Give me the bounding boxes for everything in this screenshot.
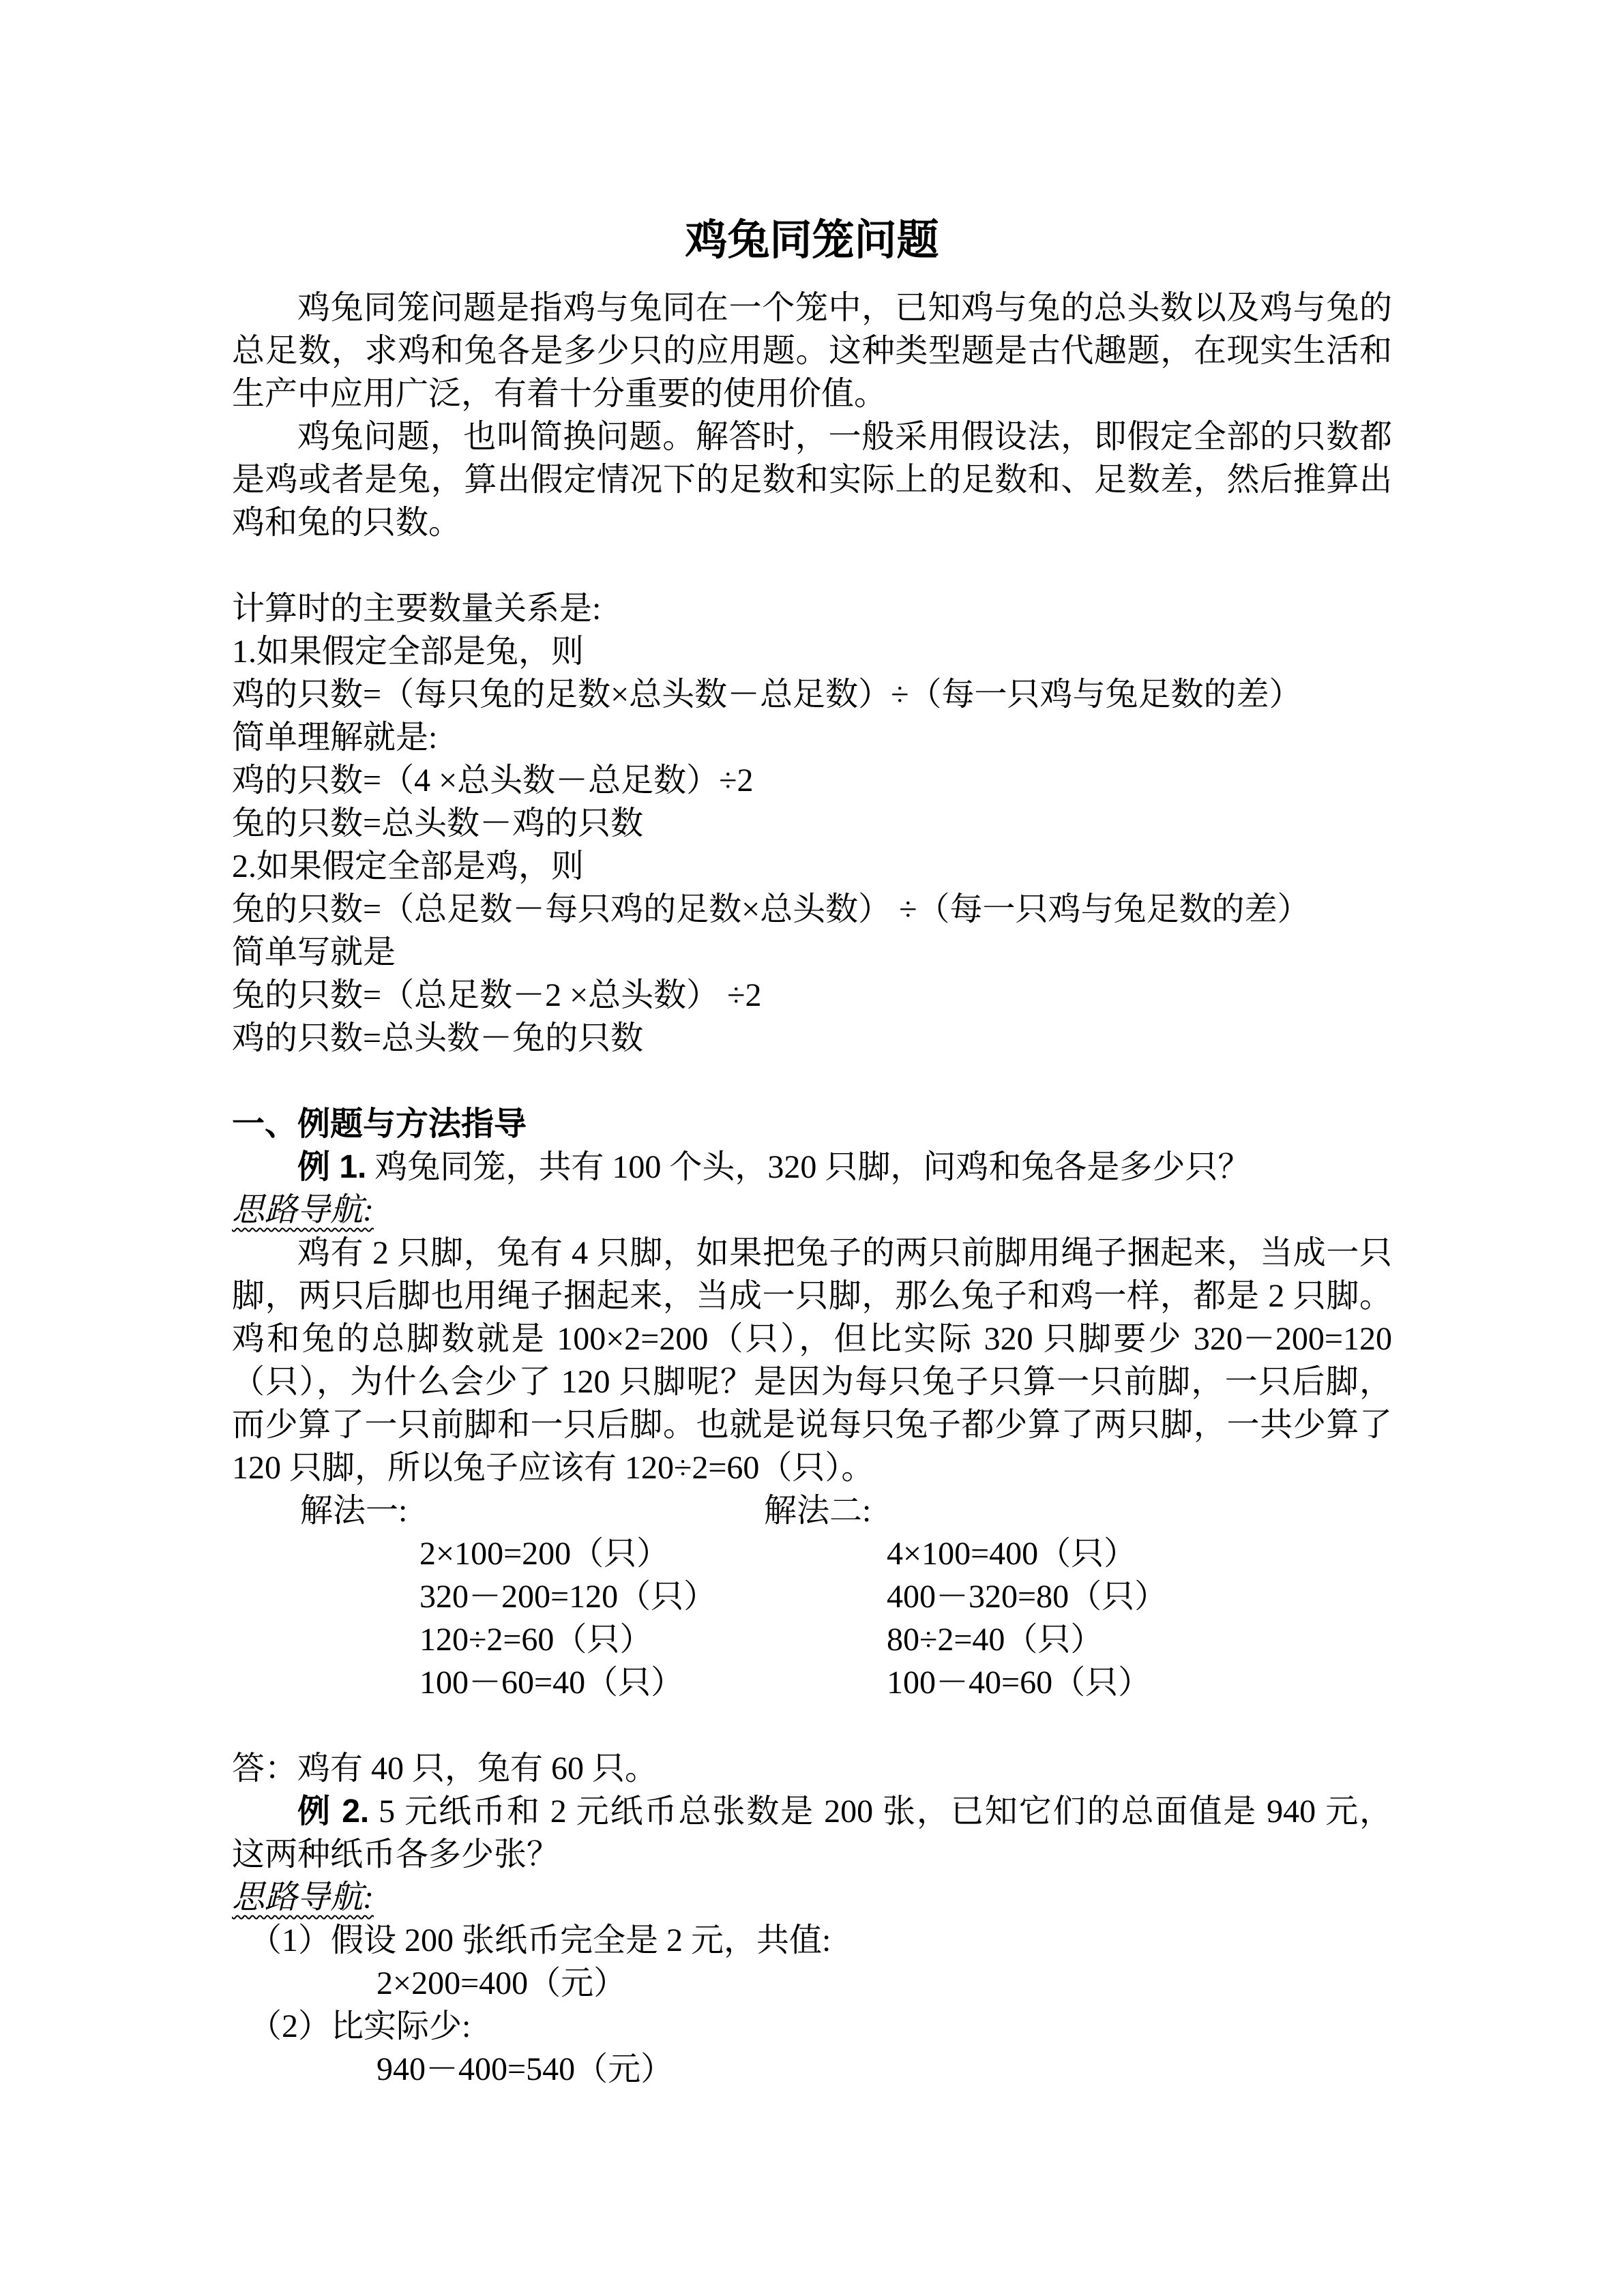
text-line: 鸡的只数=（每只兔的足数×总头数－总足数）÷（每一只鸡与兔足数的差）: [232, 673, 1392, 716]
solution-col2: 100－40=60（只）: [887, 1661, 1151, 1704]
text-line: 鸡的只数=总头数－兔的只数: [232, 1017, 1392, 1060]
text-line: 鸡有 2 只脚，兔有 4 只脚，如果把兔子的两只前脚用绳子捆起来，当成一只: [232, 1232, 1392, 1274]
solution-row: 2×100=200（只）4×100=400（只）: [232, 1532, 1392, 1575]
nav-label: 思路导航:: [232, 1876, 374, 1919]
blank-line: [232, 544, 1392, 587]
text-line: 兔的只数=（总足数－每只鸡的足数×总头数） ÷（每一只鸡与兔足数的差）: [232, 888, 1392, 931]
text-line: 940－400=540（元）: [232, 2048, 1392, 2091]
solution-col2: 解法二:: [764, 1489, 871, 1532]
solution-row: 120÷2=60（只）80÷2=40（只）: [232, 1618, 1392, 1661]
solution-col2: 400－320=80（只）: [887, 1575, 1167, 1618]
text-line: 鸡兔同笼问题是指鸡与兔同在一个笼中，已知鸡与兔的总头数以及鸡与兔的: [232, 286, 1392, 329]
solution-col1: 320－200=120（只）: [419, 1575, 716, 1618]
text-line: （2）比实际少:: [232, 2005, 1392, 2048]
solution-row: 100－60=40（只）100－40=60（只）: [232, 1661, 1392, 1704]
solution-col2: 4×100=400（只）: [887, 1532, 1136, 1575]
page-title: 鸡兔同笼问题: [232, 217, 1392, 265]
text-line: 这两种纸币各多少张？: [232, 1833, 1392, 1876]
document-page: 鸡兔同笼问题 鸡兔同笼问题是指鸡与兔同在一个笼中，已知鸡与兔的总头数以及鸡与兔的…: [0, 0, 1624, 2296]
text-line: 生产中应用广泛，有着十分重要的使用价值。: [232, 372, 1392, 415]
text-line: 计算时的主要数量关系是:: [232, 587, 1392, 630]
text-line: 兔的只数=（总足数－2 ×总头数） ÷2: [232, 974, 1392, 1017]
text-line: 兔的只数=总头数－鸡的只数: [232, 802, 1392, 845]
example-label: 例 1.: [297, 1149, 366, 1185]
text-line: 2.如果假定全部是鸡，则: [232, 845, 1392, 888]
text-line: 例 1. 鸡兔同笼，共有 100 个头，320 只脚，问鸡和兔各是多少只？: [232, 1146, 1392, 1189]
text-line: 总足数，求鸡和兔各是多少只的应用题。这种类型题是古代趣题，在现实生活和: [232, 329, 1392, 372]
solution-row: 解法一:解法二:: [232, 1489, 1392, 1532]
text-line: 鸡和兔的只数。: [232, 501, 1392, 544]
solution-col1: 120÷2=60（只）: [419, 1618, 652, 1661]
text-line: （只），为什么会少了 120 只脚呢？是因为每只兔子只算一只前脚，一只后脚，: [232, 1360, 1392, 1403]
text-line: 2×200=400（元）: [232, 1962, 1392, 2005]
text-line: 答：鸡有 40 只，兔有 60 只。: [232, 1747, 1392, 1790]
text-line: 而少算了一只前脚和一只后脚。也就是说每只兔子都少算了两只脚，一共少算了: [232, 1403, 1392, 1446]
example-label: 例 2.: [297, 1793, 369, 1830]
text-line: 鸡的只数=（4 ×总头数－总足数）÷2: [232, 759, 1392, 802]
solution-col1: 100－60=40（只）: [419, 1661, 683, 1704]
text-line: 鸡兔问题，也叫简换问题。解答时，一般采用假设法，即假定全部的只数都: [232, 415, 1392, 458]
text-line: 是鸡或者是兔，算出假定情况下的足数和实际上的足数和、足数差，然后推算出: [232, 458, 1392, 501]
nav-label: 思路导航:: [232, 1189, 374, 1232]
solution-row: 320－200=120（只）400－320=80（只）: [232, 1575, 1392, 1618]
text-line: 1.如果假定全部是兔，则: [232, 630, 1392, 673]
document-body: 鸡兔同笼问题是指鸡与兔同在一个笼中，已知鸡与兔的总头数以及鸡与兔的总足数，求鸡和…: [232, 286, 1392, 2091]
text-line: 鸡和兔的总脚数就是 100×2=200（只），但比实际 320 只脚要少 320…: [232, 1317, 1392, 1360]
solution-col2: 80÷2=40（只）: [887, 1618, 1103, 1661]
solution-col1: 2×100=200（只）: [419, 1532, 669, 1575]
text-line: 简单写就是: [232, 931, 1392, 974]
blank-line: [232, 1704, 1392, 1747]
text-line: 120 只脚，所以兔子应该有 120÷2=60（只）。: [232, 1446, 1392, 1489]
text-line: 例 2. 5 元纸币和 2 元纸币总张数是 200 张，已知它们的总面值是 94…: [232, 1790, 1392, 1833]
text-line: 脚，两只后脚也用绳子捆起来，当成一只脚，那么兔子和鸡一样，都是 2 只脚。: [232, 1274, 1392, 1317]
document-content: 鸡兔同笼问题 鸡兔同笼问题是指鸡与兔同在一个笼中，已知鸡与兔的总头数以及鸡与兔的…: [0, 0, 1624, 2091]
text-line: （1）假设 200 张纸币完全是 2 元，共值:: [232, 1919, 1392, 1962]
solution-col1: 解法一:: [300, 1489, 407, 1532]
blank-line: [232, 1060, 1392, 1103]
section-heading: 一、例题与方法指导: [232, 1103, 1392, 1146]
text-line: 简单理解就是:: [232, 716, 1392, 759]
